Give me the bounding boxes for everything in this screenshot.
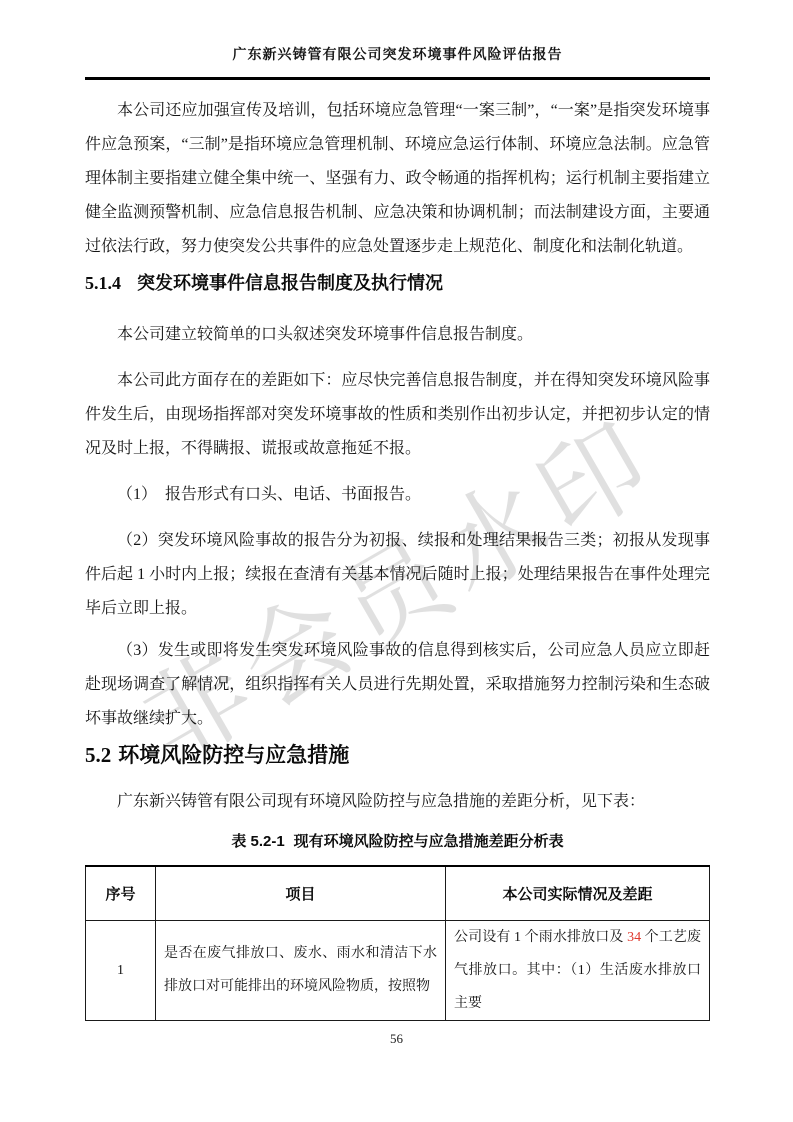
section-number: 5.1.4 (85, 273, 121, 293)
page-header: 广东新兴铸管有限公司突发环境事件风险评估报告 (0, 0, 793, 80)
cell-status: 公司设有 1 个雨水排放口及 34 个工艺废气排放口。其中：（1）生活废水排放口… (446, 920, 710, 1020)
page-number: 56 (0, 1031, 793, 1047)
list-item-1: （1） 报告形式有口头、电话、书面报告。 (85, 478, 710, 512)
document-page: 非会员水印 广东新兴铸管有限公司突发环境事件风险评估报告 本公司还应加强宣传及培… (0, 0, 793, 1122)
section-heading-5-2: 5.2环境风险防控与应急措施 (85, 740, 710, 771)
table-caption: 表 5.2-1现有环境风险防控与应急措施差距分析表 (85, 831, 710, 853)
paragraph-table-intro: 广东新兴铸管有限公司现有环境风险防控与应急措施的差距分析，见下表： (85, 785, 710, 819)
table-caption-text: 现有环境风险防控与应急措施差距分析表 (294, 833, 564, 850)
section-number: 5.2 (85, 743, 111, 767)
paragraph-gap-analysis: 本公司此方面存在的差距如下：应尽快完善信息报告制度，并在得知突发环境风险事件发生… (85, 364, 710, 466)
cell-item: 是否在废气排放口、废水、雨水和清洁下水排放口对可能排出的环境风险物质，按照物 (156, 920, 446, 1020)
section-title: 环境风险防控与应急措施 (118, 744, 349, 767)
column-header-no: 序号 (86, 866, 156, 920)
header-title: 广东新兴铸管有限公司突发环境事件风险评估报告 (85, 44, 710, 64)
column-header-item: 项目 (156, 866, 446, 920)
status-text-before: 公司设有 1 个雨水排放口及 (454, 930, 627, 945)
list-item-3: （3）发生或即将发生突发环境风险事故的信息得到核实后，公司应急人员应立即赶赴现场… (85, 634, 710, 736)
gap-analysis-table: 序号 项目 本公司实际情况及差距 1 是否在废气排放口、废水、雨水和清洁下水排放… (85, 865, 710, 1021)
column-header-status: 本公司实际情况及差距 (446, 866, 710, 920)
table-caption-label: 表 5.2-1 (231, 833, 284, 850)
cell-row-number: 1 (86, 920, 156, 1020)
page-content: 本公司还应加强宣传及培训，包括环境应急管理“一案三制”，“一案”是指突发环境事件… (0, 94, 793, 1021)
paragraph-training: 本公司还应加强宣传及培训，包括环境应急管理“一案三制”，“一案”是指突发环境事件… (85, 94, 710, 264)
status-highlight-number: 34 (627, 930, 641, 945)
table-row: 1 是否在废气排放口、废水、雨水和清洁下水排放口对可能排出的环境风险物质，按照物… (86, 920, 710, 1020)
paragraph-report-system: 本公司建立较简单的口头叙述突发环境事件信息报告制度。 (85, 318, 710, 352)
list-item-2: （2）突发环境风险事故的报告分为初报、续报和处理结果报告三类；初报从发现事件后起… (85, 524, 710, 626)
header-rule (85, 77, 710, 80)
section-title: 突发环境事件信息报告制度及执行情况 (137, 273, 443, 293)
table-header-row: 序号 项目 本公司实际情况及差距 (86, 866, 710, 920)
section-heading-5-1-4: 5.1.4突发环境事件信息报告制度及执行情况 (85, 270, 710, 296)
